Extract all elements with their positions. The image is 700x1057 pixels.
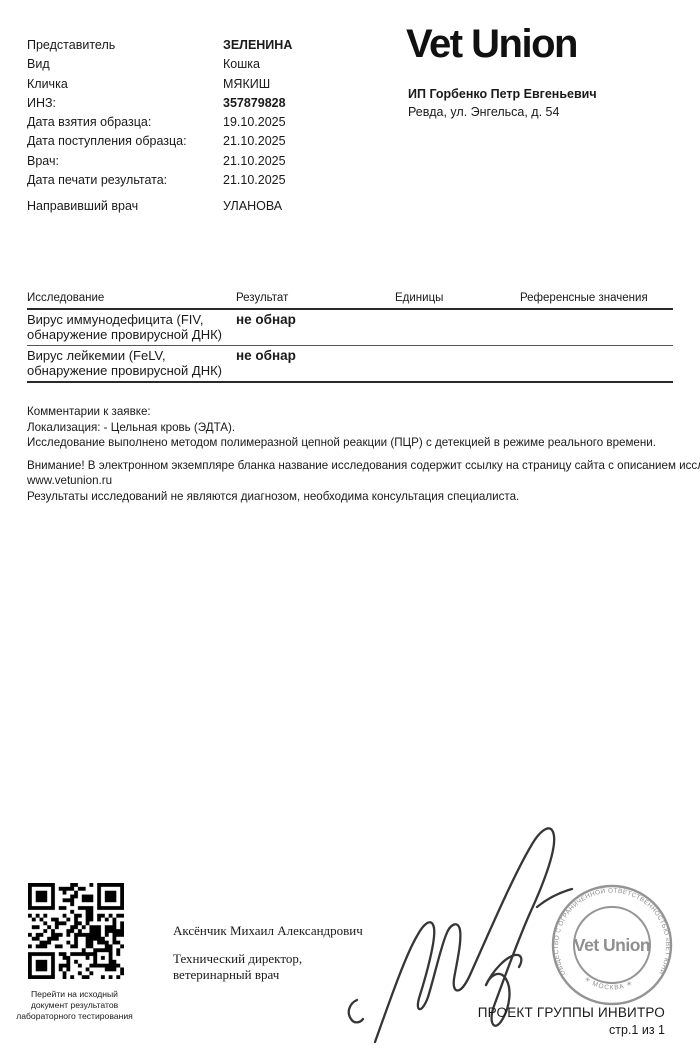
qr-caption-line: Перейти на исходный [8, 989, 141, 1000]
field-row: Дата печати результата:21.10.2025 [27, 171, 407, 190]
field-value: Кошка [223, 55, 407, 74]
referring-doctor-label: Направивший врач [27, 199, 223, 213]
field-row: Дата взятия образца:19.10.2025 [27, 113, 407, 132]
col-header-reference: Референсные значения [520, 292, 673, 304]
svg-text:ОБЩЕСТВО С ОГРАНИЧЕННОЙ ОТВЕТС: ОБЩЕСТВО С ОГРАНИЧЕННОЙ ОТВЕТСТВЕННОСТЬЮ… [549, 882, 671, 976]
qr-caption-line: документ результатов [8, 1000, 141, 1011]
table-row: Вирус иммунодефицита (FIV, обнаружение п… [27, 310, 673, 346]
test-name: Вирус иммунодефицита (FIV, обнаружение п… [27, 310, 236, 345]
comment-line: Исследование выполнено методом полимераз… [27, 435, 677, 451]
clinic-name: ИП Горбенко Петр Евгеньевич [408, 87, 597, 101]
signer-title: Технический директор, ветеринарный врач [173, 951, 302, 982]
field-label: Кличка [27, 75, 223, 94]
signer-title-line: Технический директор, [173, 951, 302, 967]
stamp-ring-text: ОБЩЕСТВО С ОГРАНИЧЕННОЙ ОТВЕТСТВЕННОСТЬЮ… [549, 882, 671, 976]
field-row: ПредставительЗЕЛЕНИНА [27, 36, 407, 55]
lab-report-page: ПредставительЗЕЛЕНИНА ВидКошка КличкаМЯК… [0, 0, 700, 1057]
field-value: ЗЕЛЕНИНА [223, 36, 407, 55]
results-table-header: Исследование Результат Единицы Референсн… [27, 292, 673, 310]
test-name: Вирус лейкемии (FeLV, обнаружение провир… [27, 346, 236, 381]
field-row: КличкаМЯКИШ [27, 75, 407, 94]
company-stamp: ОБЩЕСТВО С ОГРАНИЧЕННОЙ ОТВЕТСТВЕННОСТЬЮ… [549, 882, 675, 1008]
field-label: Дата поступления образца: [27, 132, 223, 151]
test-units [395, 346, 520, 381]
referring-doctor-value: УЛАНОВА [223, 199, 407, 213]
field-value: 21.10.2025 [223, 132, 407, 151]
field-value: 21.10.2025 [223, 171, 407, 190]
field-row: Врач:21.10.2025 [27, 152, 407, 171]
comments-title: Комментарии к заявке: [27, 404, 677, 420]
project-group-line: ПРОЕКТ ГРУППЫ ИНВИТРО [373, 1005, 665, 1020]
stamp-center-text: Vet Union [574, 935, 650, 955]
field-value: МЯКИШ [223, 75, 407, 94]
field-value: 19.10.2025 [223, 113, 407, 132]
test-units [395, 310, 520, 345]
test-reference [520, 310, 673, 345]
patient-fields: ПредставительЗЕЛЕНИНА ВидКошка КличкаМЯК… [27, 36, 407, 190]
field-label: Представитель [27, 36, 223, 55]
col-header-units: Единицы [395, 292, 520, 304]
vet-union-logo: Vet Union [406, 22, 577, 67]
comment-line: Внимание! В электронном экземпляре бланк… [27, 458, 677, 474]
field-label: Дата взятия образца: [27, 113, 223, 132]
field-label: ИНЗ: [27, 94, 223, 113]
test-result: не обнар [236, 310, 395, 345]
field-label: Вид [27, 55, 223, 74]
comment-line: Результаты исследований не являются диаг… [27, 489, 677, 505]
referring-doctor-row: Направивший врач УЛАНОВА [27, 199, 407, 213]
field-label: Врач: [27, 152, 223, 171]
qr-caption-line: лабораторного тестирования [8, 1011, 141, 1022]
col-header-test: Исследование [27, 292, 236, 304]
comments-block: Комментарии к заявке: Локализация: - Цел… [27, 404, 677, 505]
qr-caption: Перейти на исходный документ результатов… [8, 989, 141, 1022]
page-number: стр.1 из 1 [373, 1023, 665, 1037]
clinic-address: Ревда, ул. Энгельса, д. 54 [408, 105, 559, 119]
field-row: ИНЗ:357879828 [27, 94, 407, 113]
field-row: ВидКошка [27, 55, 407, 74]
field-value: 357879828 [223, 94, 407, 113]
website-url: www.vetunion.ru [27, 473, 677, 489]
qr-code [28, 883, 124, 979]
col-header-result: Результат [236, 292, 395, 304]
test-reference [520, 346, 673, 381]
comment-line: Локализация: - Цельная кровь (ЭДТА). [27, 420, 677, 436]
test-result: не обнар [236, 346, 395, 381]
results-table: Исследование Результат Единицы Референсн… [27, 292, 673, 383]
signer-title-line: ветеринарный врач [173, 967, 302, 983]
field-row: Дата поступления образца:21.10.2025 [27, 132, 407, 151]
signer-name: Аксёнчик Михаил Александрович [173, 923, 363, 939]
field-label: Дата печати результата: [27, 171, 223, 190]
table-row: Вирус лейкемии (FeLV, обнаружение провир… [27, 346, 673, 383]
field-value: 21.10.2025 [223, 152, 407, 171]
